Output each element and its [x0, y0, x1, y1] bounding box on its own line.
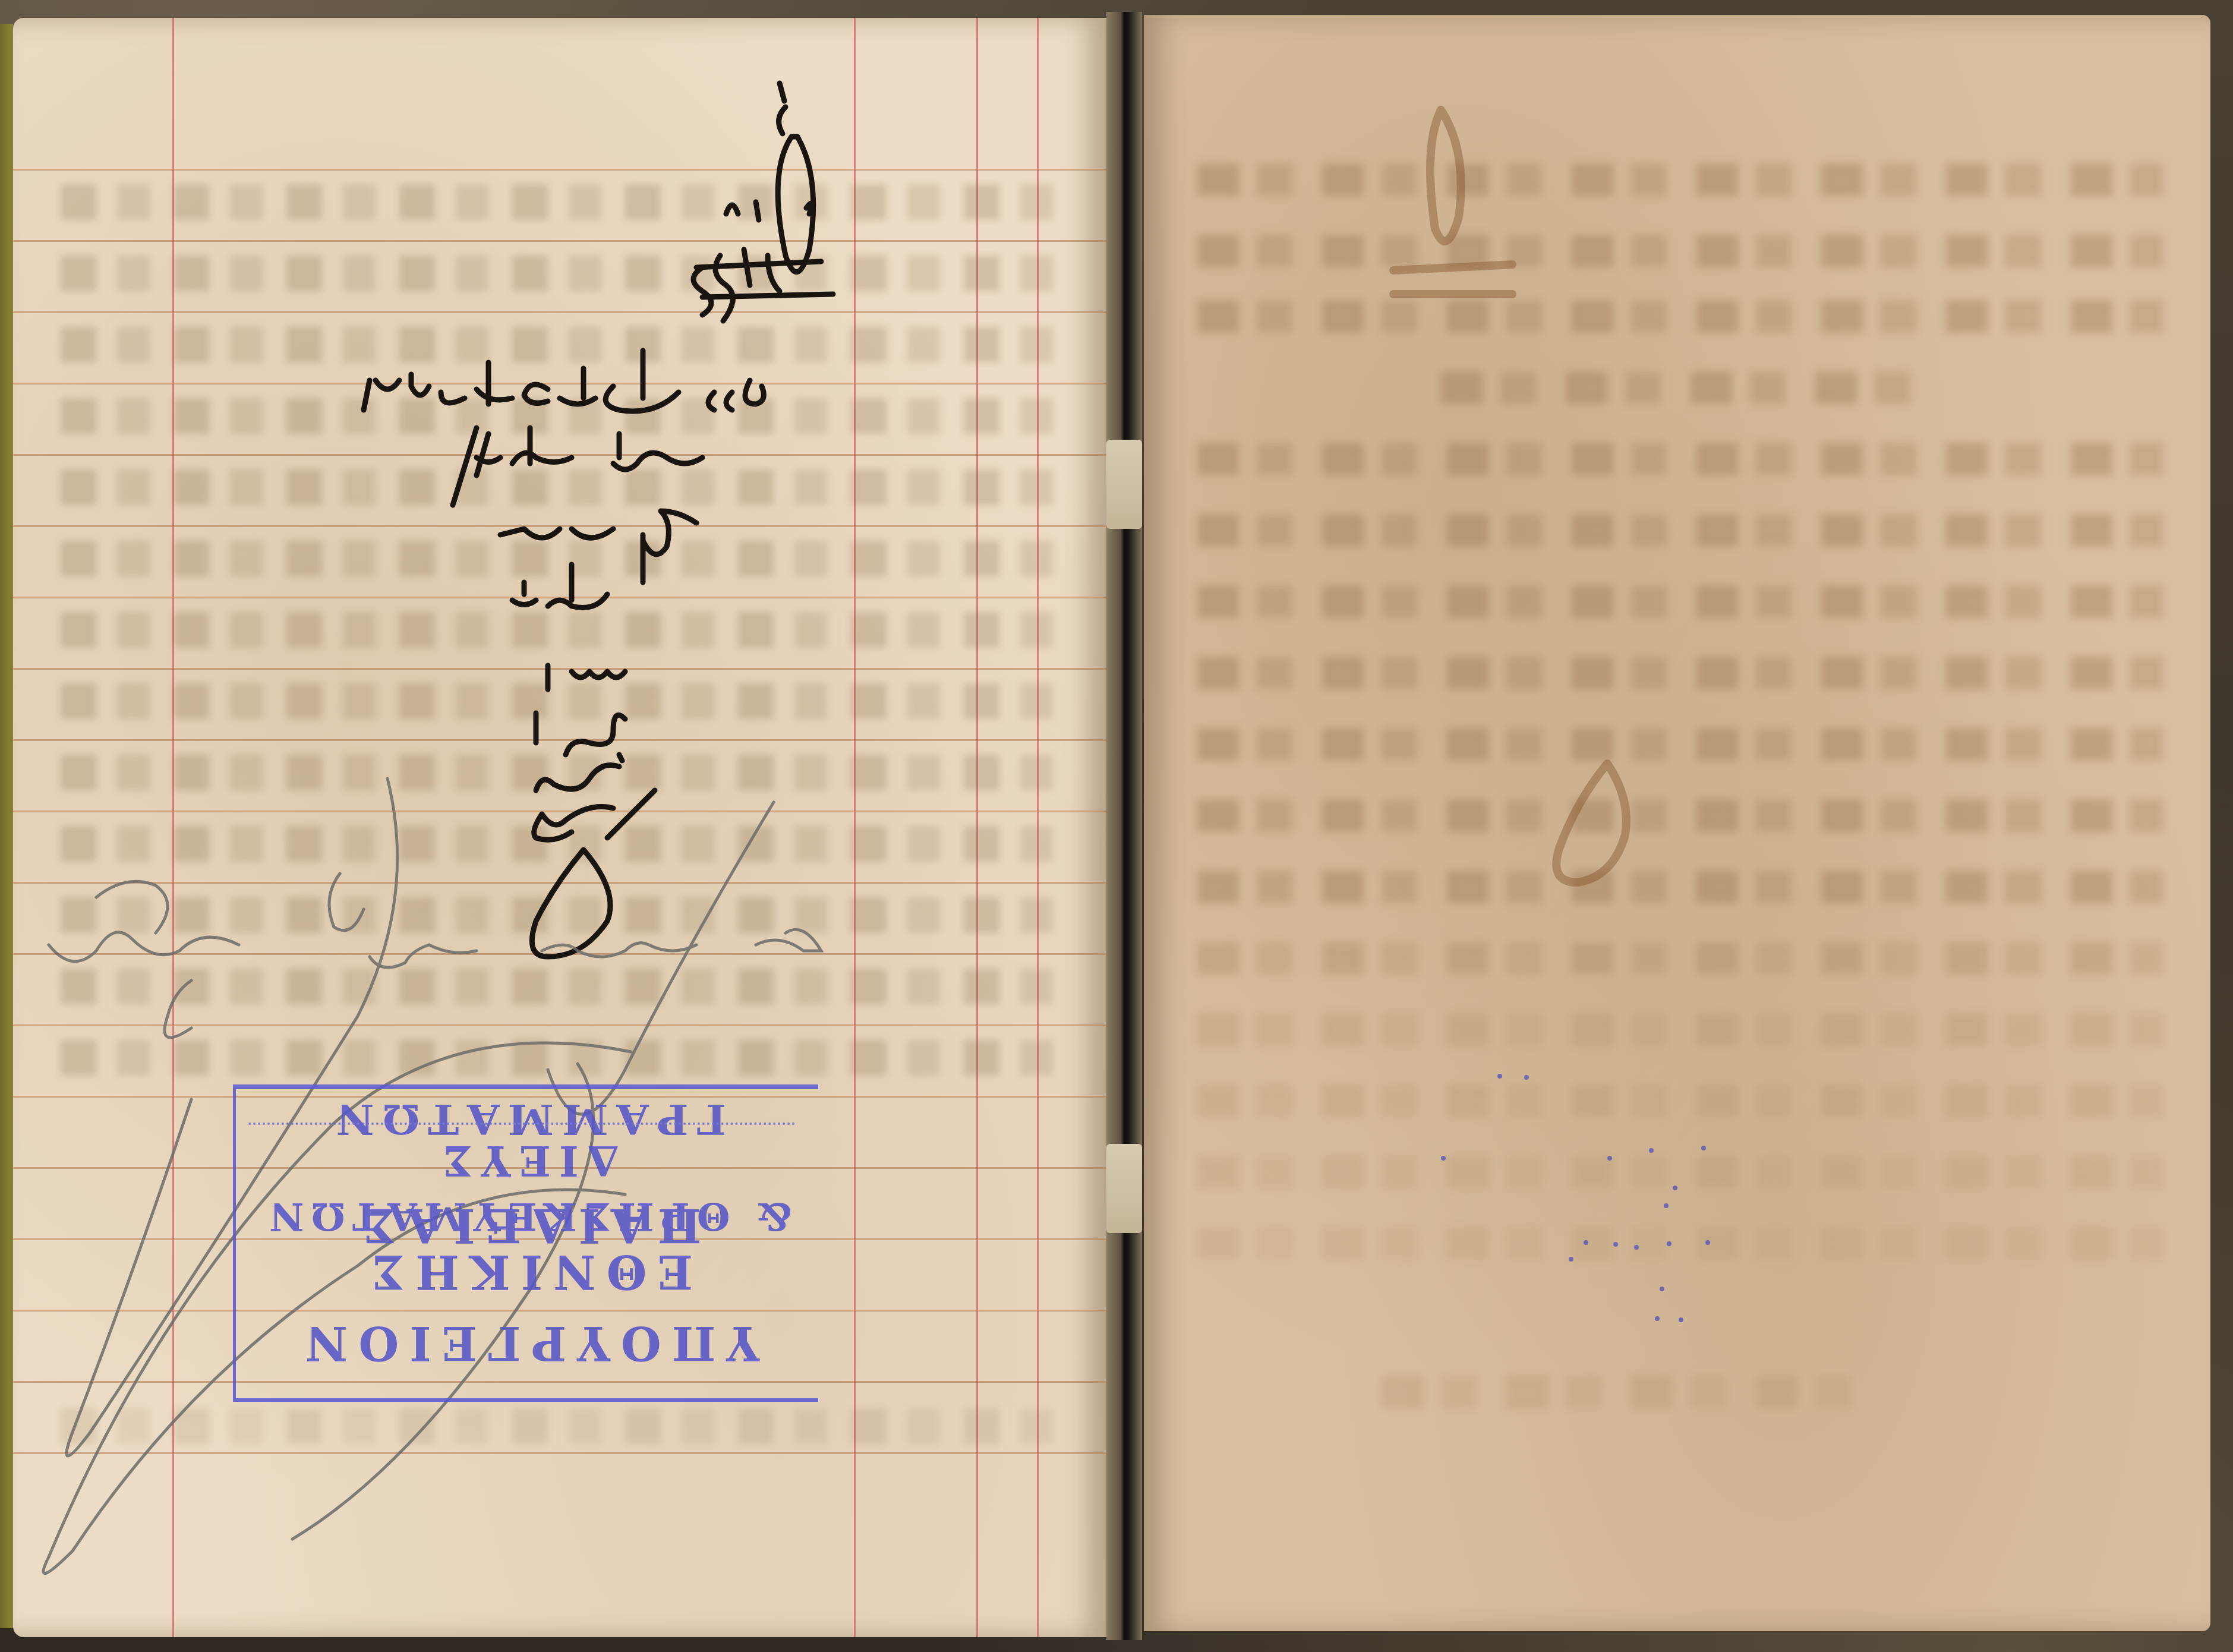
book-cover-edge: [0, 24, 13, 1628]
blue-ink-dot: [1679, 1317, 1683, 1322]
blue-ink-dot: [1673, 1186, 1677, 1190]
blue-ink-dot: [1649, 1148, 1654, 1153]
blue-ink-dot: [1497, 1074, 1502, 1079]
right-page: [1144, 15, 2210, 1631]
blue-ink-dot: [1655, 1316, 1660, 1321]
blue-ink-dot: [1660, 1287, 1664, 1291]
stamp-line-4: ΔΙΕΥΣ ΓΡΑΜΜΑΤΩΝ: [236, 1098, 818, 1181]
blue-ink-dot: [1667, 1241, 1671, 1246]
blue-ink-dot: [1701, 1146, 1706, 1150]
blue-ink-dot: [1569, 1257, 1573, 1262]
blue-ink-dot: [1584, 1240, 1588, 1245]
stamp-line-1: ΥΠΟΥΡΓΕΙΟΝ: [236, 1319, 818, 1366]
binding-tape: [1106, 440, 1142, 529]
book-spine: [1106, 12, 1142, 1640]
stamp-line-3: & ΘΡΗΣΚΕΥΜΑΤΩΝ: [236, 1197, 818, 1235]
blue-ink-dot: [1524, 1075, 1529, 1080]
left-page: ΥΠΟΥΡΓΕΙΟΝ ΕΘΝΙΚΗΣ ΠΑΙΔΕΙΑΣ & ΘΡΗΣΚΕΥΜΑΤ…: [13, 18, 1106, 1637]
stamp-dotted-rule: [248, 1120, 794, 1125]
blue-ink-dot: [1607, 1156, 1612, 1161]
blue-ink-dot: [1613, 1242, 1618, 1247]
blue-ink-dot: [1705, 1240, 1710, 1245]
blue-ink-dot: [1664, 1203, 1669, 1208]
blue-ink-dot: [1441, 1156, 1446, 1161]
bleed-through-monogram: [1144, 15, 2210, 1631]
binding-tape: [1106, 1144, 1142, 1233]
blue-ink-dot: [1634, 1245, 1639, 1250]
official-stamp: ΥΠΟΥΡΓΕΙΟΝ ΕΘΝΙΚΗΣ ΠΑΙΔΕΙΑΣ & ΘΡΗΣΚΕΥΜΑΤ…: [233, 1084, 818, 1402]
